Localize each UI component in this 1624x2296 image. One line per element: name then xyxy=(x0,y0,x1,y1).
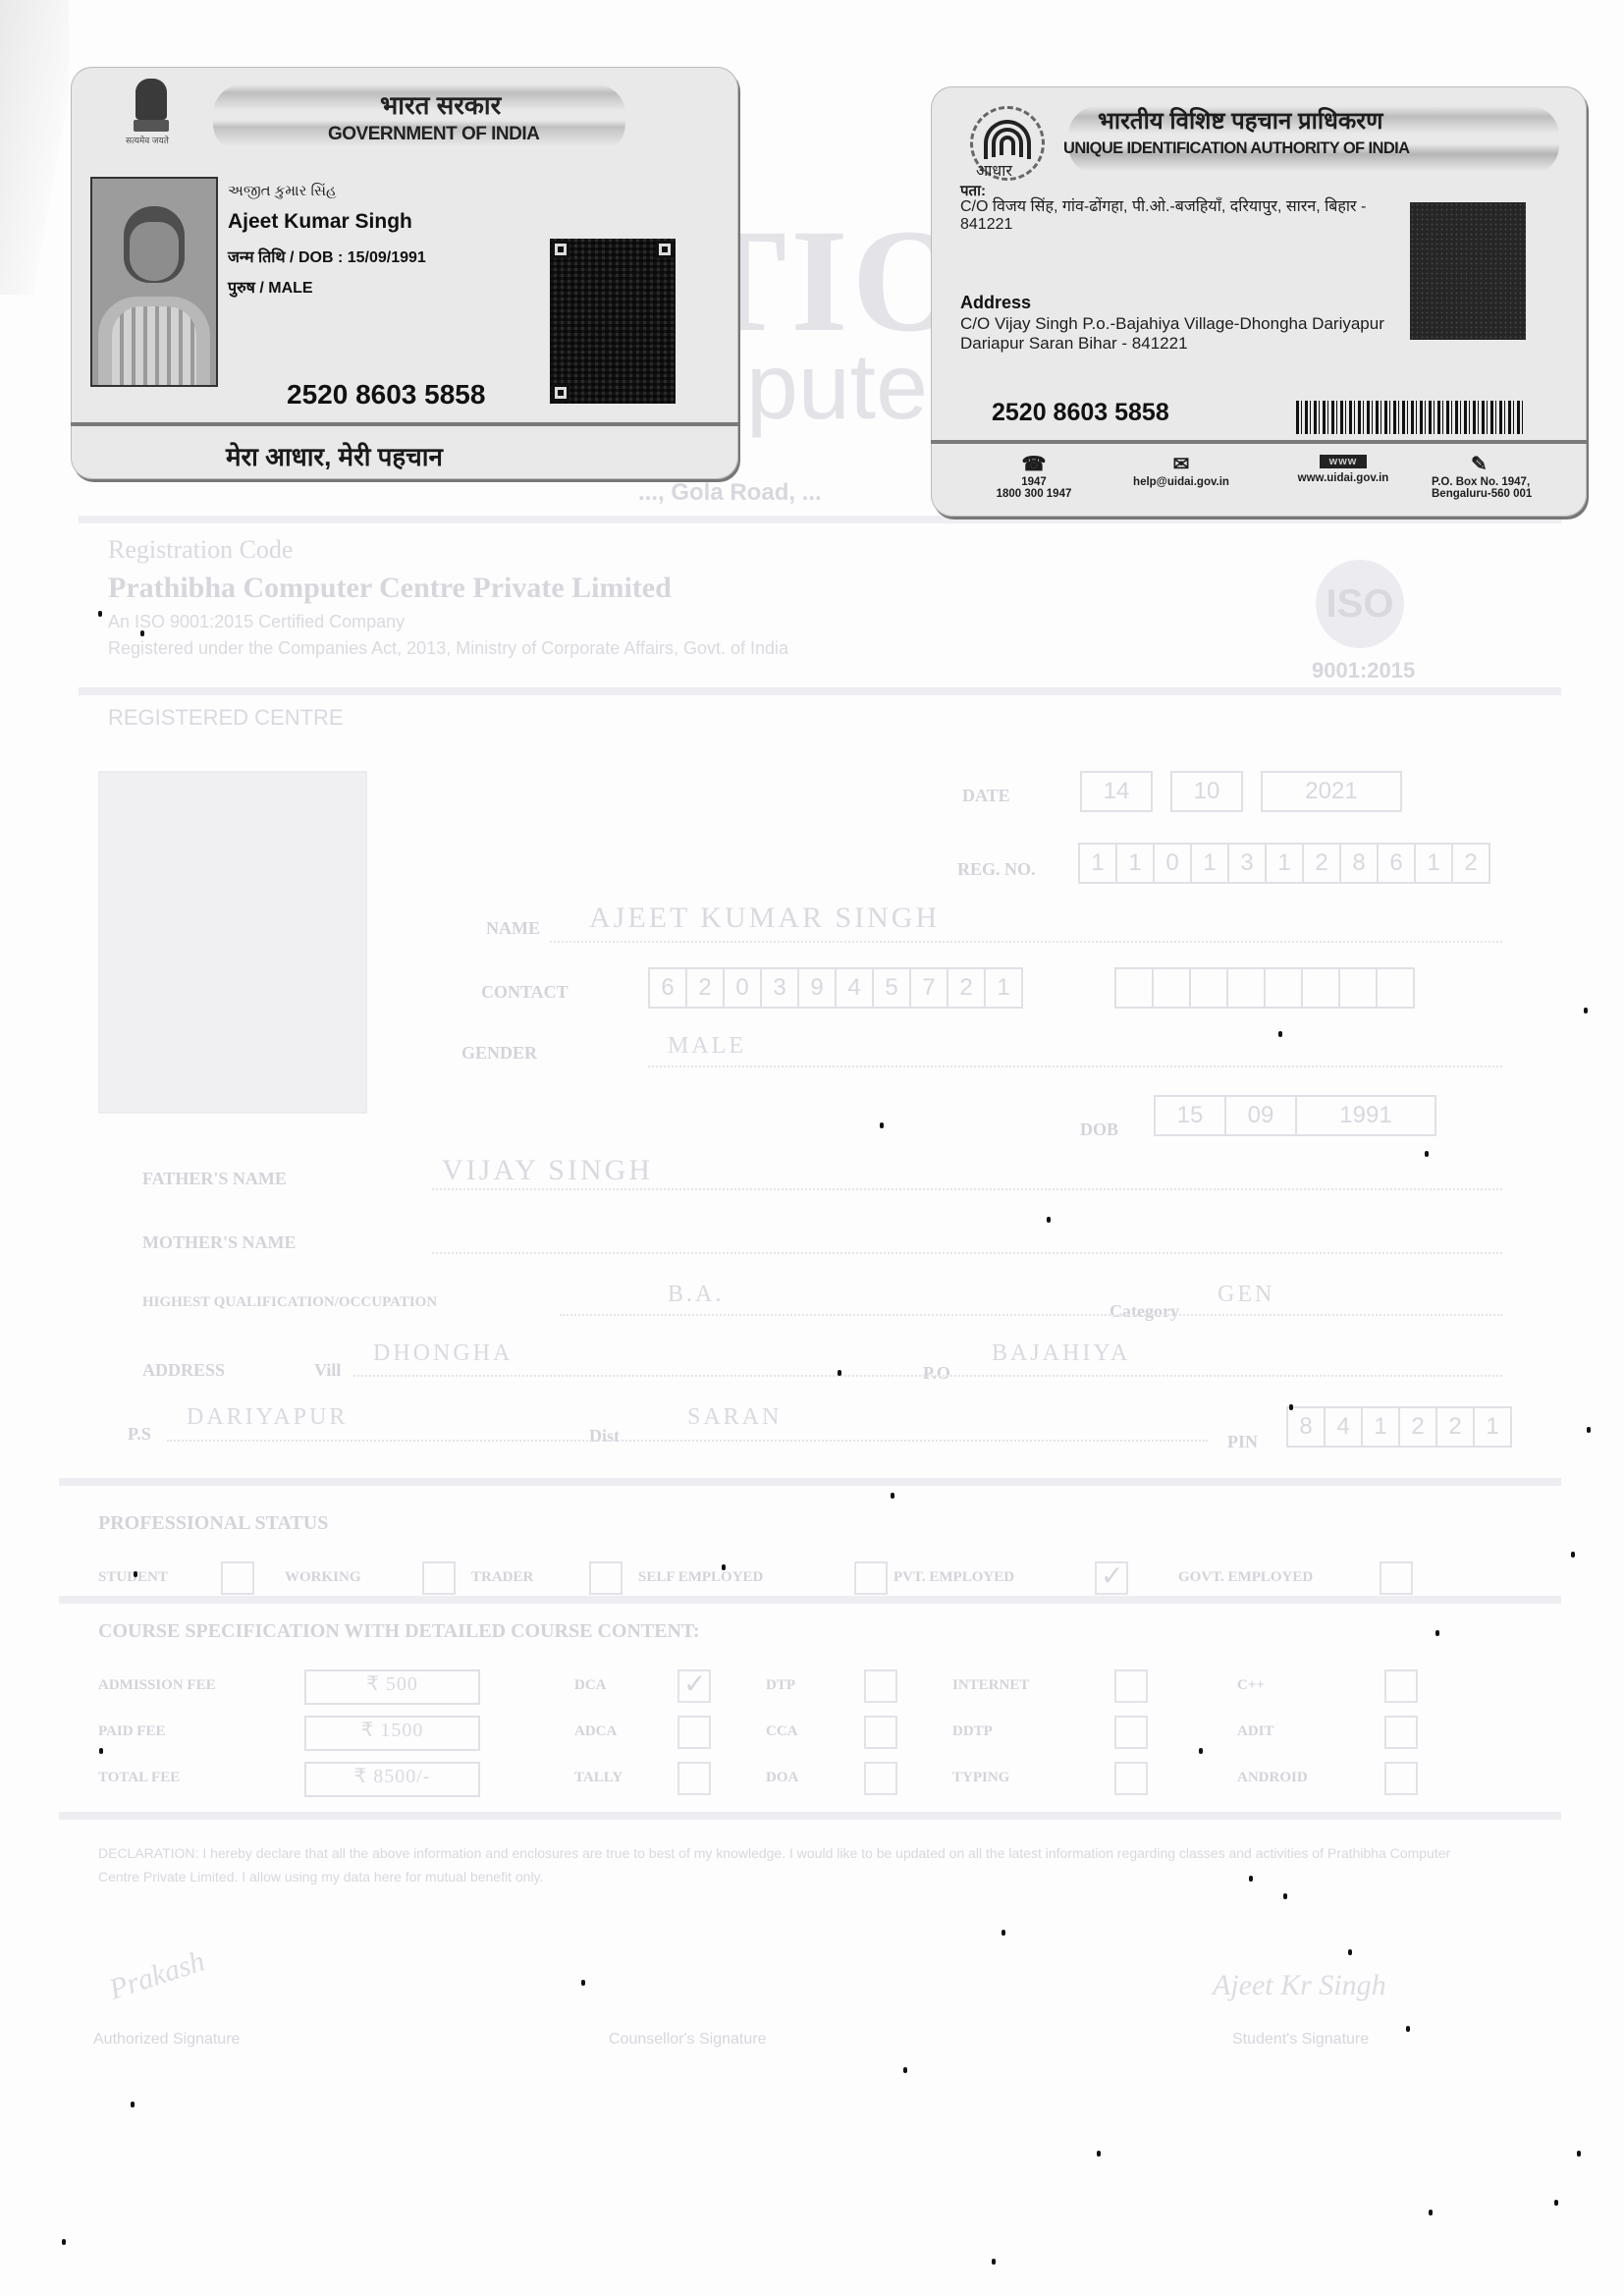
pin-box[interactable]: 2 xyxy=(1398,1406,1437,1448)
scan-speck xyxy=(1429,2210,1433,2215)
student-signature-label: Student's Signature xyxy=(1232,2031,1369,2049)
address-label: Address xyxy=(960,293,1031,313)
dob-month[interactable]: 09 xyxy=(1224,1095,1297,1136)
date-year[interactable]: 2021 xyxy=(1261,771,1402,812)
pen-icon: ✎ xyxy=(1471,455,1579,474)
course-checkbox[interactable] xyxy=(677,1762,711,1795)
father-name-value[interactable]: VIJAY SINGH xyxy=(442,1154,653,1187)
scan-speck xyxy=(1348,1949,1352,1955)
po-city: Bengaluru-560 001 xyxy=(1432,488,1579,500)
date-boxes: 14 10 2021 xyxy=(1080,771,1400,812)
alt-contact-box[interactable] xyxy=(1114,967,1154,1009)
course-checkbox[interactable] xyxy=(864,1669,897,1703)
mother-name-line xyxy=(432,1252,1502,1254)
scan-speck xyxy=(134,1571,137,1577)
company-subline: An ISO 9001:2015 Certified Company xyxy=(108,612,405,632)
registered-centre-line: REGISTERED CENTRE xyxy=(108,705,344,731)
counsellor-signature-label: Counsellor's Signature xyxy=(609,2031,766,2049)
professional-option-label: WORKING xyxy=(285,1569,361,1586)
professional-option-checkbox[interactable] xyxy=(589,1561,623,1595)
dist-value[interactable]: SARAN xyxy=(687,1404,782,1431)
reg-no-label: REG. NO. xyxy=(957,859,1036,880)
reg-no-box[interactable]: 3 xyxy=(1227,843,1267,884)
dob-boxes: 15 09 1991 xyxy=(1154,1095,1435,1136)
contact-box[interactable]: 4 xyxy=(835,967,874,1009)
support-email: help@uidai.gov.in xyxy=(1108,476,1255,488)
dob-day[interactable]: 15 xyxy=(1154,1095,1226,1136)
scan-speck xyxy=(131,2102,135,2107)
alt-contact-box[interactable] xyxy=(1264,967,1303,1009)
vill-value[interactable]: DHONGHA xyxy=(373,1340,513,1367)
holder-name-local: અજીત કુમાર સિંહ xyxy=(228,183,337,199)
iso-badge-icon: ISO xyxy=(1316,560,1404,648)
alt-contact-box[interactable] xyxy=(1152,967,1191,1009)
name-label: NAME xyxy=(486,918,540,939)
scan-speck xyxy=(1001,1930,1005,1936)
divider xyxy=(59,1812,1561,1820)
ps-label: P.S xyxy=(128,1424,151,1445)
contact-boxes: 6203945721 xyxy=(648,967,1021,1009)
scan-speck xyxy=(62,2239,66,2245)
reg-no-box[interactable]: 1 xyxy=(1115,843,1155,884)
father-name-line xyxy=(432,1188,1502,1190)
category-value[interactable]: GEN xyxy=(1218,1282,1274,1308)
divider xyxy=(59,1596,1561,1604)
pin-box[interactable]: 4 xyxy=(1324,1406,1363,1448)
divider xyxy=(79,687,1561,695)
dob-year[interactable]: 1991 xyxy=(1295,1095,1436,1136)
scan-speck xyxy=(1199,1748,1203,1754)
holder-gender: पुरुष / MALE xyxy=(228,276,313,298)
fee-label: PAID FEE xyxy=(98,1723,165,1740)
father-name-label: FATHER'S NAME xyxy=(142,1169,287,1189)
aadhaar-number: 2520 8603 5858 xyxy=(992,399,1169,427)
emblem-motto: सत्यमेव जयते xyxy=(126,134,169,146)
vill-label: Vill xyxy=(314,1360,341,1381)
contact-email: ✉ help@uidai.gov.in xyxy=(1108,455,1255,488)
scan-speck xyxy=(992,2259,996,2265)
fee-value[interactable]: ₹ 1500 xyxy=(304,1716,480,1751)
photo-placeholder xyxy=(98,771,367,1114)
aadhaar-number: 2520 8603 5858 xyxy=(287,379,485,410)
professional-option-label: GOVT. EMPLOYED xyxy=(1178,1569,1313,1586)
divider xyxy=(79,516,1561,523)
scan-speck xyxy=(1278,1031,1282,1037)
contact-postal: ✎ P.O. Box No. 1947, Bengaluru-560 001 xyxy=(1432,455,1579,500)
aadhaar-card-front: सत्यमेव जयते भारत सरकार GOVERNMENT OF IN… xyxy=(71,67,738,479)
professional-option-label: TRADER xyxy=(471,1569,533,1586)
contact-box[interactable]: 6 xyxy=(648,967,687,1009)
qualification-line xyxy=(560,1314,1502,1316)
ps-line xyxy=(167,1440,1208,1442)
professional-option-label: PVT. EMPLOYED xyxy=(893,1569,1014,1586)
address-label-local: पता: xyxy=(960,181,986,200)
reg-no-box[interactable]: 6 xyxy=(1377,843,1416,884)
contact-label: CONTACT xyxy=(481,982,568,1003)
address-label: ADDRESS xyxy=(142,1360,225,1381)
po-box: P.O. Box No. 1947, xyxy=(1432,476,1579,488)
contact-box[interactable]: 2 xyxy=(685,967,725,1009)
gender-line xyxy=(648,1066,1502,1067)
authority-title-english: UNIQUE IDENTIFICATION AUTHORITY OF INDIA xyxy=(1063,139,1409,158)
scan-speck xyxy=(838,1370,841,1376)
fee-label: TOTAL FEE xyxy=(98,1770,180,1786)
reg-no-boxes: 11013128612 xyxy=(1078,843,1489,884)
course-label: ADCA xyxy=(574,1723,617,1740)
contact-box[interactable]: 2 xyxy=(947,967,986,1009)
course-label: TYPING xyxy=(952,1770,1009,1786)
alt-contact-box[interactable] xyxy=(1301,967,1340,1009)
scan-speck xyxy=(1047,1217,1051,1223)
scan-speck xyxy=(1435,1630,1439,1636)
phone-icon: ☎ xyxy=(970,455,1098,474)
aadhaar-logo-icon: आधार xyxy=(970,106,1049,185)
scan-speck xyxy=(1577,2151,1581,2157)
mail-icon: ✉ xyxy=(1108,455,1255,474)
reg-no-box[interactable]: 1 xyxy=(1265,843,1304,884)
date-month[interactable]: 10 xyxy=(1170,771,1243,812)
company-registration: Registered under the Companies Act, 2013… xyxy=(108,638,788,659)
address-english: C/O Vijay Singh P.o.-Bajahiya Village-Dh… xyxy=(960,314,1412,354)
qualification-label: HIGHEST QUALIFICATION/OCCUPATION xyxy=(142,1294,437,1311)
professional-option-checkbox[interactable] xyxy=(422,1561,456,1595)
contact-phone: ☎ 1947 1800 300 1947 xyxy=(970,455,1098,500)
barcode-icon xyxy=(1296,401,1524,434)
pin-box[interactable]: 1 xyxy=(1361,1406,1400,1448)
authorized-signature-scrawl: Prakash xyxy=(105,1944,209,2006)
course-checkbox[interactable] xyxy=(677,1716,711,1749)
contact-box[interactable]: 7 xyxy=(909,967,948,1009)
course-label: C++ xyxy=(1237,1677,1265,1694)
date-day[interactable]: 14 xyxy=(1080,771,1153,812)
scan-speck xyxy=(1406,2026,1410,2032)
scan-speck xyxy=(581,1980,585,1986)
fee-value[interactable]: ₹ 500 xyxy=(304,1669,480,1705)
card-slogan: मेरा आधार, मेरी पहचान xyxy=(226,438,443,473)
scan-speck xyxy=(1584,1008,1588,1013)
course-checkbox[interactable] xyxy=(864,1716,897,1749)
reg-no-box[interactable]: 1 xyxy=(1414,843,1453,884)
fee-label: ADMISSION FEE xyxy=(98,1677,216,1694)
address-line xyxy=(353,1375,1502,1377)
professional-status-title: PROFESSIONAL STATUS xyxy=(98,1512,328,1535)
course-checkbox[interactable] xyxy=(1384,1762,1418,1795)
gov-title-hindi: भारत सरकार xyxy=(380,86,501,122)
qr-code-icon xyxy=(550,239,676,404)
course-label: DCA xyxy=(574,1677,607,1694)
professional-option-checkbox[interactable] xyxy=(854,1561,888,1595)
course-label: DTP xyxy=(766,1677,795,1694)
scan-speck xyxy=(880,1122,884,1128)
declaration-text: DECLARATION: I hereby declare that all t… xyxy=(98,1841,1492,1888)
reg-no-box[interactable]: 8 xyxy=(1339,843,1379,884)
course-checkbox[interactable] xyxy=(1384,1669,1418,1703)
reg-no-box[interactable]: 1 xyxy=(1190,843,1229,884)
course-label: TALLY xyxy=(574,1770,623,1786)
reg-no-box[interactable]: 0 xyxy=(1153,843,1192,884)
name-line xyxy=(550,941,1502,943)
company-name: Prathibha Computer Centre Private Limite… xyxy=(108,572,672,605)
course-label: INTERNET xyxy=(952,1677,1029,1694)
company-label: Registration Code xyxy=(108,535,293,565)
www-icon: www xyxy=(1320,455,1368,468)
pin-boxes: 841221 xyxy=(1286,1406,1510,1448)
course-checkbox[interactable] xyxy=(1114,1716,1148,1749)
divider xyxy=(59,1478,1561,1486)
form-address-fragment: ..., Gola Road, ... xyxy=(638,479,822,507)
scan-speck xyxy=(1571,1552,1575,1558)
holder-photo xyxy=(90,177,218,387)
gender-label: GENDER xyxy=(461,1043,537,1064)
po-value[interactable]: BAJAHIYA xyxy=(992,1340,1130,1367)
aadhaar-card-back: आधार भारतीय विशिष्ट पहचान प्राधिकरण UNIQ… xyxy=(931,86,1587,517)
category-label: Category xyxy=(1110,1301,1179,1322)
contact-box[interactable]: 5 xyxy=(872,967,911,1009)
card-divider xyxy=(71,422,738,426)
course-label: DOA xyxy=(766,1770,798,1786)
scan-speck xyxy=(891,1493,894,1499)
website-url: www.uidai.gov.in xyxy=(1270,472,1417,484)
redacted-qr-code-icon xyxy=(1410,202,1526,340)
course-checkbox[interactable] xyxy=(1384,1716,1418,1749)
pin-box[interactable]: 8 xyxy=(1286,1406,1326,1448)
pin-box[interactable]: 1 xyxy=(1473,1406,1512,1448)
dob-label: DOB xyxy=(1080,1120,1118,1140)
scan-speck xyxy=(140,630,144,636)
alt-contact-box[interactable] xyxy=(1226,967,1266,1009)
phone-tollfree: 1800 300 1947 xyxy=(970,488,1098,500)
contact-box[interactable]: 9 xyxy=(797,967,837,1009)
course-label: ADIT xyxy=(1237,1723,1274,1740)
professional-option-label: SELF EMPLOYED xyxy=(638,1569,763,1586)
iso-code: 9001:2015 xyxy=(1312,658,1415,683)
po-label: P.O xyxy=(923,1363,950,1384)
aadhaar-logo-label: आधार xyxy=(976,159,1012,181)
card-divider xyxy=(931,440,1587,444)
mother-name-label: MOTHER'S NAME xyxy=(142,1232,297,1253)
course-label: CCA xyxy=(766,1723,798,1740)
holder-dob: जन्म तिथि / DOB : 15/09/1991 xyxy=(228,246,426,267)
dist-label: Dist xyxy=(589,1426,620,1447)
alt-contact-box[interactable] xyxy=(1376,967,1415,1009)
course-checkbox[interactable] xyxy=(1114,1762,1148,1795)
contact-box[interactable]: 1 xyxy=(984,967,1023,1009)
scan-speck xyxy=(1283,1893,1287,1899)
name-value[interactable]: AJEET KUMAR SINGH xyxy=(589,902,940,935)
scan-speck xyxy=(1425,1151,1429,1157)
national-emblem-icon: सत्यमेव जयते xyxy=(130,79,173,147)
reg-no-box[interactable]: 2 xyxy=(1302,843,1341,884)
qualification-value[interactable]: B.A. xyxy=(668,1282,724,1308)
contact-website: www www.uidai.gov.in xyxy=(1270,455,1417,484)
course-section-title: COURSE SPECIFICATION WITH DETAILED COURS… xyxy=(98,1620,700,1643)
scan-speck xyxy=(1249,1876,1253,1882)
date-label: DATE xyxy=(962,786,1010,806)
pin-label: PIN xyxy=(1227,1432,1258,1452)
alt-contact-box[interactable] xyxy=(1338,967,1378,1009)
alt-contact-box[interactable] xyxy=(1189,967,1228,1009)
course-checkbox[interactable] xyxy=(677,1669,711,1703)
phone-short: 1947 xyxy=(970,476,1098,488)
professional-option-checkbox[interactable] xyxy=(1380,1561,1413,1595)
authority-title-hindi: भारतीय विशिष्ट पहचान प्राधिकरण xyxy=(1098,104,1382,137)
student-signature-scrawl: Ajeet Kr Singh xyxy=(1213,1969,1386,2002)
gov-title-english: GOVERNMENT OF INDIA xyxy=(328,124,539,145)
holder-name: Ajeet Kumar Singh xyxy=(228,210,412,234)
scan-speck xyxy=(722,1564,726,1570)
course-label: DDTP xyxy=(952,1723,993,1740)
fee-value[interactable]: ₹ 8500/- xyxy=(304,1762,480,1797)
scan-speck xyxy=(99,1748,103,1754)
authorized-signature-label: Authorized Signature xyxy=(93,2031,240,2049)
reg-no-box[interactable]: 1 xyxy=(1078,843,1117,884)
scan-speck xyxy=(1587,1427,1591,1433)
alt-contact-boxes xyxy=(1114,967,1413,1009)
ps-value[interactable]: DARIYAPUR xyxy=(187,1404,348,1431)
scan-speck xyxy=(1289,1404,1293,1410)
professional-option-checkbox[interactable] xyxy=(1095,1561,1128,1595)
contact-box[interactable]: 0 xyxy=(723,967,762,1009)
reg-no-box[interactable]: 2 xyxy=(1451,843,1490,884)
scan-speck xyxy=(1097,2151,1101,2157)
course-checkbox[interactable] xyxy=(1114,1669,1148,1703)
address-local: C/O विजय सिंह, गांव-ढोंगहा, पी.ओ.-बजहिया… xyxy=(960,198,1422,234)
page-fold xyxy=(0,0,69,295)
course-label: ANDROID xyxy=(1237,1770,1308,1786)
pin-box[interactable]: 2 xyxy=(1435,1406,1475,1448)
scan-speck xyxy=(903,2067,907,2073)
gender-value[interactable]: MALE xyxy=(668,1033,746,1060)
course-checkbox[interactable] xyxy=(864,1762,897,1795)
scan-speck xyxy=(98,611,102,617)
professional-option-checkbox[interactable] xyxy=(221,1561,254,1595)
scan-speck xyxy=(1554,2200,1558,2206)
contact-box[interactable]: 3 xyxy=(760,967,799,1009)
